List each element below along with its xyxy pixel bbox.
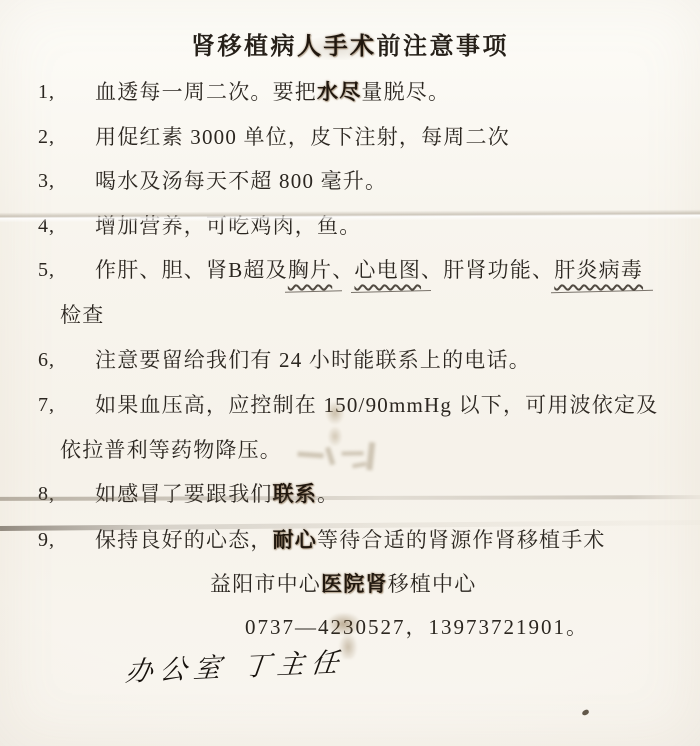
text-segment: 移植中心: [388, 572, 477, 596]
title-segment-smudged: 人手术: [297, 34, 377, 60]
item-number: 8,: [38, 478, 55, 510]
item-number: 9,: [38, 524, 55, 556]
phone-numbers: 0737—4230527，13973721901。: [245, 611, 692, 643]
text-segment: 检查: [60, 303, 104, 327]
item-text: 如果血压高，应控制在 150/90mmHg 以下，可用波依定及: [95, 389, 692, 421]
text-segment: 量脱尽。: [361, 80, 450, 104]
ink-speck: [581, 709, 589, 716]
text-segment: 注意要留给我们有 24 小时能联系上的电话。: [95, 348, 531, 372]
text-segment: 如果血压高，应控制在 150/90mmHg 以下，可用波依定及: [95, 393, 658, 417]
item-text: 保持良好的心态，耐心等待合适的肾源作肾移植手术: [95, 524, 692, 556]
item-number: 4,: [38, 210, 55, 242]
item-number: 2,: [38, 121, 55, 153]
text-segment: 血透每一周二次。要把: [95, 80, 317, 104]
text-segment-smudged: 医院肾: [321, 572, 388, 596]
title-segment: 前注意事项: [377, 34, 510, 60]
item-text: 注意要留给我们有 24 小时能联系上的电话。: [95, 344, 692, 376]
item-text: 增加营养，可吃鸡肉，鱼。: [95, 210, 692, 242]
text-segment-smudged: 联系: [273, 482, 317, 506]
text-segment: 作肝、胆、肾B超及: [95, 258, 288, 282]
text-segment-smudged: 水尽: [317, 80, 361, 104]
text-segment-underlined: 肝炎病毒: [554, 258, 643, 282]
text-segment: 、: [332, 258, 354, 282]
text-segment: 、肝肾功能、: [421, 258, 554, 282]
text-segment: 益阳市中心: [210, 572, 321, 596]
stain-over-blood-pressure: [323, 402, 347, 446]
text-segment: 。: [317, 482, 339, 506]
text-segment-smudged: 耐心: [273, 528, 317, 552]
document-title: 肾移植病人手术前注意事项: [0, 26, 700, 61]
text-segment: 增加营养，可吃鸡肉，鱼。: [95, 214, 361, 238]
text-segment-underlined: 心电图: [354, 258, 421, 282]
item-text: 检查: [60, 299, 692, 331]
item-number: 5,: [38, 254, 55, 286]
item-number: 6,: [38, 344, 55, 376]
item-text: 喝水及汤每天不超 800 毫升。: [95, 165, 692, 197]
organization-name: 益阳市中心医院肾移植中心: [210, 568, 692, 600]
item-number: 3,: [38, 165, 55, 197]
text-segment: 喝水及汤每天不超 800 毫升。: [95, 169, 387, 193]
text-segment: 如感冒了要跟我们: [95, 482, 273, 506]
item-text: 如感冒了要跟我们联系。: [95, 478, 692, 510]
item-text: 血透每一周二次。要把水尽量脱尽。: [95, 76, 692, 108]
scanned-document: 肾移植病人手术前注意事项 1, 血透每一周二次。要把水尽量脱尽。 2, 用促红素…: [0, 0, 700, 746]
item-number: 1,: [38, 76, 55, 108]
title-segment: 肾移植病: [191, 34, 297, 60]
item-text: 用促红素 3000 单位，皮下注射，每周二次: [95, 121, 692, 153]
item-text: 作肝、胆、肾B超及胸片、心电图、肝肾功能、肝炎病毒: [95, 254, 692, 286]
text-segment-underlined: 胸片: [288, 258, 332, 282]
text-segment: 依拉普利等药物降压。: [60, 438, 282, 462]
text-segment: 等待合适的肾源作肾移植手术: [317, 528, 606, 552]
handwritten-signature: 办公室 丁主任: [124, 640, 348, 689]
text-segment: 用促红素 3000 单位，皮下注射，每周二次: [95, 125, 510, 149]
text-segment: 保持良好的心态，: [95, 528, 273, 552]
item-number: 7,: [38, 389, 55, 421]
stain-over-phone-number: [325, 613, 367, 659]
